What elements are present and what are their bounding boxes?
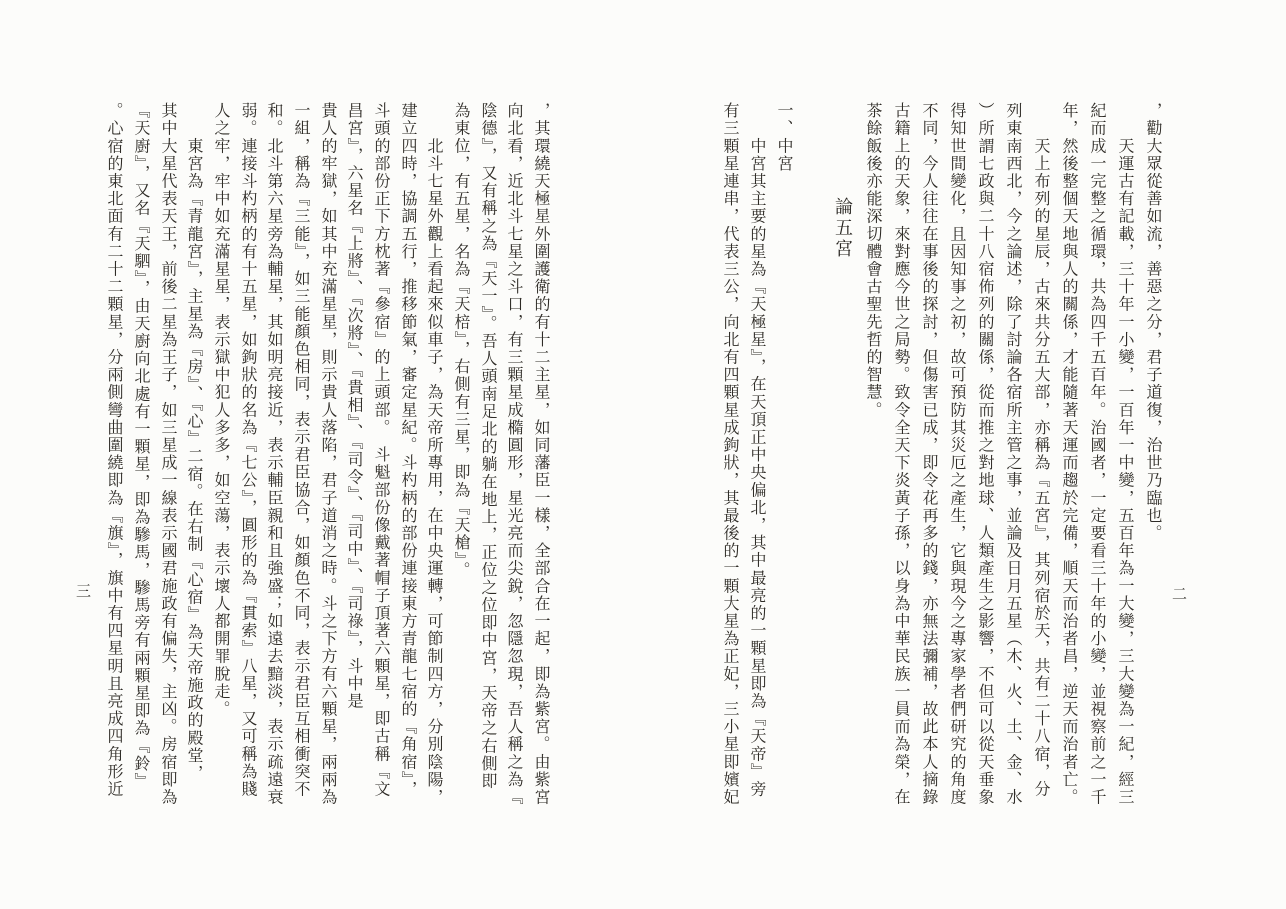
text-column: 人之牢，牢中如充滿星星，表示獄中犯人多多，如空蕩，表示壞人都開罪脫走。 [207, 102, 234, 826]
text-column: 建立四時，協調五行，推移節氣，審定星紀。斗杓柄的部份連接東方青龍七宿的『角宿』， [394, 102, 421, 826]
text-column: 貴人的牢獄，如其中充滿星星，則示貴人落陷，君子道消之時。斗之下方有六顆星，兩兩為 [314, 102, 341, 826]
text-column: 斗頭的部份正下方枕著『參宿』的上頭部。 斗魁部份像戴著帽子頂著六顆星，即古稱『文 [367, 102, 394, 826]
text-column: 向北看，近北斗七星之斗口，有三顆星成橢圓形，星光亮而尖銳，忽隱忽現，吾人稱之為『 [500, 102, 527, 826]
text-column: 。心宿的東北面有二十二顆星，分兩側彎曲圍繞即為『旗』，旗中有四星明且亮成四角形近 [100, 102, 127, 826]
book-spread: ，勸大眾從善如流，善惡之分，君子道復，治世乃臨也。 天運古有記載，三十年一小變，… [0, 0, 1286, 909]
text-column: 為東位，有五星，名為『天棓』，右側有三星，即為『天槍』。 [447, 102, 474, 826]
text-column: 和。北斗第六星旁為輔星，其如明亮接近，表示輔臣親和且強盛；如遠去黯淡，表示疏遠衰 [260, 102, 287, 826]
text-column: 弱。連接斗杓柄的有十五星，如鉤狀的名為『七公』，圓形的為『貫索』八星，又可稱為賤 [234, 102, 261, 826]
page-left: ，其環繞天極星外圍護衛的有十二主星，如同藩臣一樣，全部合在一起，即為紫宮。由紫宮… [0, 0, 1286, 909]
page-number-left: 三 [76, 580, 91, 601]
text-column: 其中大星代表天王，前後二星為王子，如三星成一線表示國君施政有偏失，主凶。房宿即為 [154, 102, 181, 826]
text-column: 『天廚』，又名『天駟』，由天廚向北處有一顆星，即為驂馬，驂馬旁有兩顆星即為『鈴』 [127, 102, 154, 826]
text-column: 一組，稱為『三能』，如三能顏色相同，表示君臣協合，如顏色不同，表示君臣互相衝突不 [287, 102, 314, 826]
text-column: 陰德』，又有稱之為『天一』。吾人頭南足北的躺在地上，正位之位即中宮，天帝之右側即 [474, 102, 501, 826]
text-column: ，其環繞天極星外圍護衛的有十二主星，如同藩臣一樣，全部合在一起，即為紫宮。由紫宮 [527, 102, 554, 826]
text-column: 東宮為『青龍宮』，主星為『房』、『心』二宿。在右制『心宿』為天帝施政的殿堂， [180, 102, 207, 826]
text-column: 昌宮』，六星名『上將』、『次將』、『貴相』、『司令』、『司中』、『司祿』，斗中是 [340, 102, 367, 826]
text-column: 北斗七星外觀上看起來似車子，為天帝所專用，在中央運轉，可節制四方，分別陰陽， [420, 102, 447, 826]
